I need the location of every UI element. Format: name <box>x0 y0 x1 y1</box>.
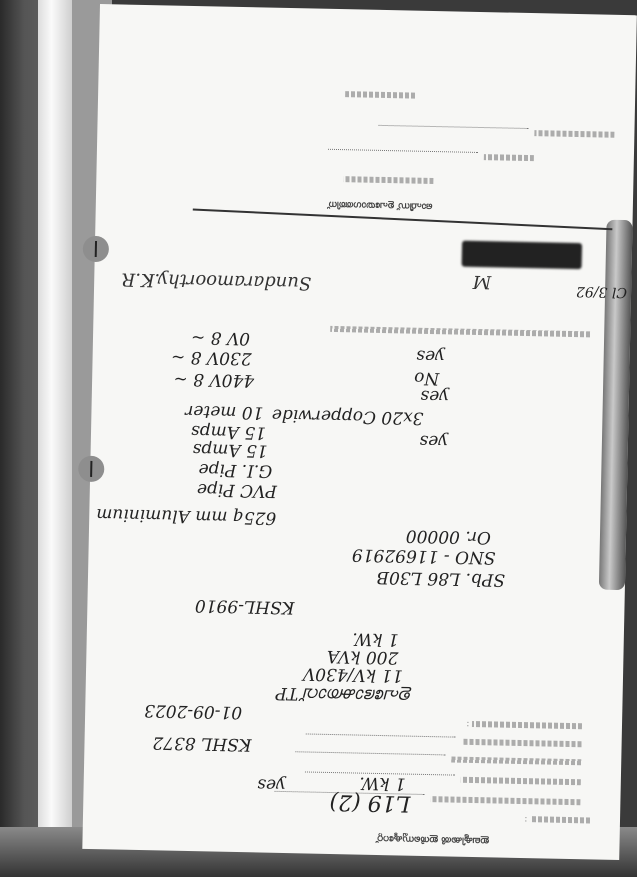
meter-line2: SNO - 11692919 <box>352 544 496 567</box>
check-4: No <box>414 368 440 389</box>
page-mark: Cl 3/92 <box>576 283 627 300</box>
conduit2: G.I. Pipe <box>198 459 272 481</box>
v1: 440V 8 ~ <box>173 369 254 391</box>
redacted-stamp <box>462 241 583 270</box>
yes-mark: yes <box>257 774 286 795</box>
footer-title: ഇലക്ട്രിക്കൽ ഇൻസ്പെക്ടറേറ്റ് <box>377 833 490 845</box>
office-use-title: ഓഫീസ് ഉപയോഗത്തിന് <box>328 199 433 211</box>
binder-spine <box>38 0 72 877</box>
form-row <box>378 125 614 140</box>
check-1: yes <box>419 431 448 452</box>
form-row <box>306 733 582 749</box>
form-row <box>343 174 433 186</box>
fuse2: 15 Amps <box>191 421 266 443</box>
form-row <box>345 89 415 100</box>
meter-ref: KSHL-9910 <box>195 595 295 617</box>
check-5: yes <box>416 346 445 367</box>
conduit1: PVC Pipe <box>197 479 277 501</box>
rotated-content: ഇലക്ട്രിക്കൽ ഇൻസ്പെക്ടറേറ്റ് : L19 (2) 1… <box>82 4 637 860</box>
form-row: : <box>524 814 590 825</box>
consumer-name: ഉപഭോക്താവ് TP <box>275 683 412 706</box>
earth: 10 meter <box>185 401 264 423</box>
check-3: yes <box>420 386 449 407</box>
form-row <box>305 771 581 787</box>
form-row: : <box>466 719 582 731</box>
document-page: ഇലക്ട്രിക്കൽ ഇൻസ്പെക്ടറേറ്റ് : L19 (2) 1… <box>82 4 637 860</box>
check-2: 3x20 Copperwide <box>272 405 424 428</box>
cable: 625q mm Aluminium <box>96 504 276 528</box>
form-row <box>274 791 580 807</box>
load: 1 kW. <box>352 628 399 649</box>
meter-line1: SPb. L86 L30B <box>376 567 505 590</box>
meter-line3: Or. 00000 <box>406 526 491 548</box>
form-row <box>295 751 581 767</box>
v2: 230V 8 ~ <box>171 347 252 369</box>
v3: 0V 8 ~ <box>191 327 250 348</box>
form-row <box>330 324 590 339</box>
date: 01-09-2023 <box>144 700 242 722</box>
vehicle-reg: KSHL 8372 <box>152 732 252 754</box>
form-row <box>328 149 534 163</box>
inspector-signature: Sundaramoorthy.K.R <box>122 269 312 294</box>
divider <box>193 208 613 230</box>
initial-signature: M <box>473 271 492 292</box>
